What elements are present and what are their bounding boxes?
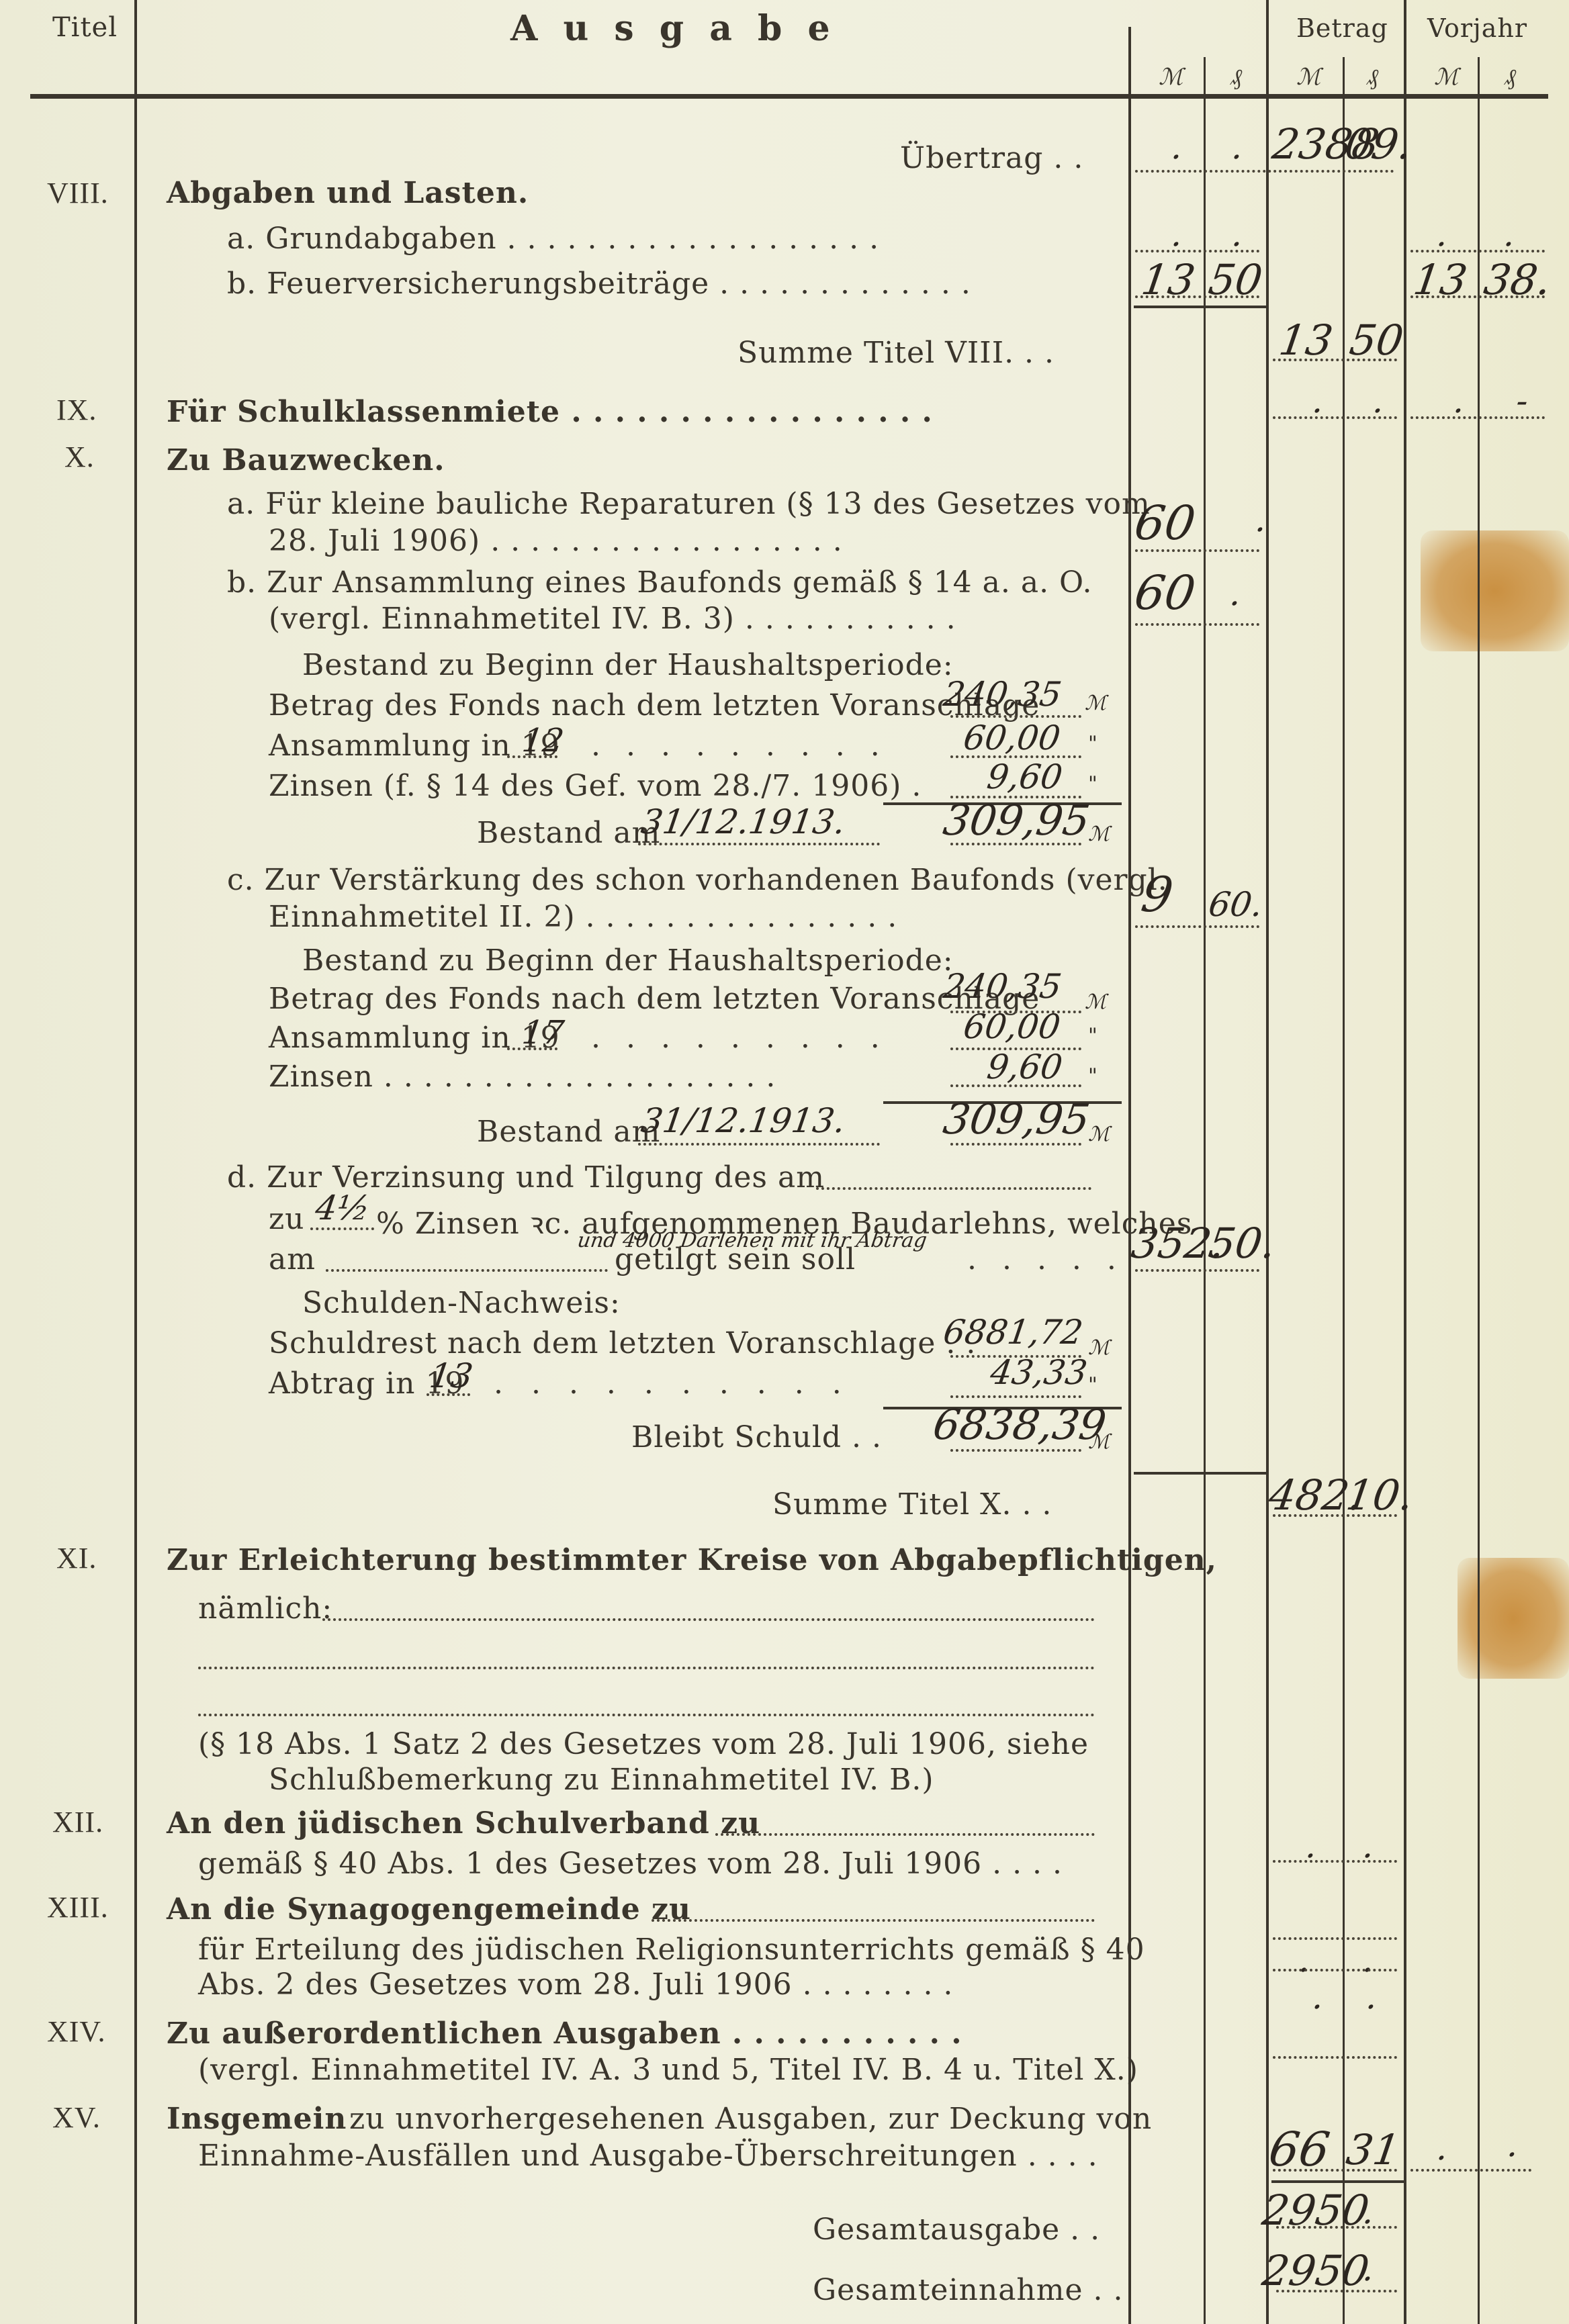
total-einnahme-mark: 2950 [1259,2246,1372,2295]
dots [638,843,880,845]
x-c-fonds-label: Betrag des Fonds nach dem letzten Vorans… [269,982,1040,1016]
unit-mark-sub: ℳ [1159,64,1183,91]
dots [198,1667,1095,1669]
rule-betrag-mark-pf [1343,57,1345,2324]
dots [326,1269,608,1272]
title-numeral-xi: XI. [56,1541,97,1575]
title-numeral-xii: XII. [52,1805,103,1839]
dots [950,1395,1081,1398]
x-b-zinsen-label: Zinsen (f. § 14 des Gef. vom 28./7. 1906… [269,769,922,803]
unit-pf-sub: ₰ [1230,64,1242,91]
dots [1273,1969,1397,1971]
section-x-b-line1: b. Zur Ansammlung eines Baufonds gemäß §… [227,565,1093,600]
rule-sub-mark-pf [1204,57,1206,2324]
dots [1135,549,1259,552]
section-xii-title: An den jüdischen Schulverband zu [167,1806,760,1841]
section-x-sum-label: Summe Titel X. . . [772,1487,1052,1522]
subtotal-rule [1134,306,1266,308]
x-c-bestand-am-date: 31/12.1913. [639,1101,848,1140]
xv-betrag-pf: 31 [1343,2125,1403,2174]
mark-unit: ℳ [1088,823,1110,846]
x-sum-pf: 10. [1343,1471,1417,1520]
section-xiii-line2: für Erteilung des jüdischen Religionsunt… [198,1933,1145,1967]
section-viii-title: Abgaben und Lasten. [167,176,529,210]
dots [1135,250,1259,252]
x-c-zinsen-value: 9,60 [985,1048,1065,1086]
section-xv-line2: Einnahme-Ausfällen und Ausgabe-Überschre… [198,2139,1098,2173]
ix-vorjahr-mark: . [1451,381,1468,420]
viii-sum-pf: 50 [1347,316,1406,365]
x-b-bestand-am-date: 31/12.1913. [639,802,848,841]
total-einnahme-label: Gesamteinnahme . . [813,2273,1123,2307]
xv-vorjahr-pf: . [1505,2125,1521,2164]
section-x-c-line2: Einnahmetitel II. 2) . . . . . . . . . .… [269,900,897,934]
x-d-schulden-heading: Schulden-Nachweis: [302,1286,621,1320]
viii-a-vorjahr-mark: . [1435,215,1451,254]
xv-vorjahr-mark: . [1435,2129,1451,2168]
document-page: Titel A u s g a b e Betrag Vorjahr ℳ ₰ ℳ… [0,0,1569,2324]
ditto-mark: " [1088,772,1097,796]
xiv-betrag-mark: . [1310,1978,1327,2016]
x-b-mark: 60 [1131,565,1199,620]
dots [816,1187,1091,1190]
section-x-d-line3-a: am [269,1242,316,1276]
dots [1273,2056,1397,2059]
rule-vorjahr-mark-pf [1478,57,1480,2324]
rule-titel-right [134,0,137,2324]
rule-ausgabe-right [1128,27,1131,2324]
x-c-bestand-am-label: Bestand am [477,1115,660,1149]
section-viii-a: a. Grundabgaben . . . . . . . . . . . . … [227,222,879,256]
dots [1410,2169,1531,2172]
dots [1135,170,1394,173]
section-x-c-line1: c. Zur Verstärkung des schon vorhandenen… [227,863,1168,897]
dots [950,715,1081,718]
section-x-d-line2-a: zu [269,1202,305,1236]
x-c-bestand-heading: Bestand zu Beginn der Haushaltsperiode: [302,943,954,978]
dots [1273,1514,1397,1517]
x-a-mark: 60 [1131,496,1199,551]
x-b-ansammlung-value: 60,00 [961,718,1063,757]
mark-unit: ℳ [1085,692,1106,715]
title-numeral-xiii: XIII. [47,1890,109,1924]
title-numeral-xv: XV. [52,2100,101,2135]
title-numeral-ix: IX. [56,393,97,427]
column-header-ausgabe: A u s g a b e [510,8,837,49]
section-xiv-line2: (vergl. Einnahmetitel IV. A. 3 und 5, Ti… [198,2053,1138,2087]
x-b-ansammlung-dots: . . . . . . . . . [591,729,888,763]
x-b-bestand-heading: Bestand zu Beginn der Haushaltsperiode: [302,648,954,682]
dots [427,1393,470,1396]
uebertrag-betrag-pf: 09. [1342,120,1415,169]
dots [950,1084,1081,1087]
dots [1410,295,1545,298]
xiii-betrag-pf: . [1361,1941,1377,1980]
dots [507,755,557,758]
dots [1273,1860,1397,1863]
viii-a-pf: . [1230,215,1246,254]
header-rule [30,94,1548,99]
column-header-titel: Titel [52,12,118,43]
dots [507,1048,557,1050]
x-d-abtrag-year: 13 [427,1356,476,1395]
total-ausgabe-label: Gesamtausgabe . . [813,2213,1100,2247]
rule-betrag-right [1404,0,1406,2324]
dots [950,1449,1081,1452]
section-viii-b: b. Feuerversicherungsbeiträge . . . . . … [227,267,971,301]
dots [1135,623,1259,626]
x-d-abtrag-dots: . . . . . . . . . . [494,1366,851,1401]
dots [1135,295,1259,298]
x-b-fonds-value: 240,35 [941,675,1064,714]
x-d-rate: 4½ [313,1189,372,1227]
unit-pf-betrag: ₰ [1367,64,1378,91]
section-xiii-title: An die Synagogengemeinde zu [167,1892,691,1926]
section-x-d-line1: d. Zur Verzinsung und Tilgung des am [227,1160,825,1195]
viii-a-mark: . [1169,215,1185,254]
stain-lower [1458,1558,1569,1679]
section-xi-naemlich: nämlich: [198,1591,332,1626]
section-x-d-line3-c: . . . . . [967,1242,1124,1276]
viii-sum-mark: 13 [1276,316,1336,365]
viii-a-vorjahr-pf: . [1502,215,1518,254]
ditto-mark: " [1088,1064,1097,1088]
dots [1273,359,1397,361]
section-ix-title: Für Schulklassenmiete . . . . . . . . . … [167,395,933,429]
stain-upper [1421,530,1569,651]
unit-pf-vorjahr: ₰ [1505,64,1516,91]
x-d-schuldrest-value: 6881,72 [941,1313,1085,1352]
x-b-bestand-am-label: Bestand am [477,816,660,850]
section-viii-sum-label: Summe Titel VIII. . . [737,336,1055,370]
total-rule [1271,2180,1404,2183]
section-x-a-line2: 28. Juli 1906) . . . . . . . . . . . . .… [269,524,843,558]
x-c-fonds-value: 240,35 [941,967,1064,1006]
x-b-zinsen-value: 9,60 [985,757,1065,796]
section-xv-title-rest: zu unvorhergesehenen Ausgaben, zur Decku… [349,2102,1152,2136]
uebertrag-sub-pf: . [1230,128,1246,167]
x-c-bestand-am-value: 309,95 [940,1095,1093,1144]
unit-mark-vorjahr: ℳ [1434,64,1458,91]
x-d-abtrag-value: 43,33 [988,1353,1089,1392]
ix-betrag-pf: . [1371,381,1387,420]
section-xii-line2: gemäß § 40 Abs. 1 des Gesetzes vom 28. J… [198,1847,1063,1881]
dots [1273,2169,1397,2172]
mark-unit: ℳ [1088,1123,1110,1146]
mark-unit: ℳ [1085,990,1106,1014]
x-c-ansammlung-dots: . . . . . . . . . [591,1021,888,1055]
title-numeral-xiv: XIV. [47,2014,106,2049]
x-b-fonds-label: Betrag des Fonds nach dem letzten Vorans… [269,688,1040,723]
dots [1273,1937,1397,1940]
dots [950,1143,1081,1146]
x-d-bleibt-value: 6838,39 [930,1400,1110,1449]
dots [638,1143,880,1146]
xiv-betrag-pf: . [1364,1978,1380,2016]
section-x-title: Zu Bauzwecken. [167,443,445,477]
section-xi-title: Zur Erleichterung bestimmter Kreise von … [167,1543,1217,1577]
x-d-bleibt-label: Bleibt Schuld . . [631,1420,882,1454]
x-c-ansammlung-value: 60,00 [961,1007,1063,1046]
section-x-b-line2: (vergl. Einnahmetitel IV. B. 3) . . . . … [269,602,956,636]
uebertrag-label: Übertrag . . [900,141,1083,175]
section-xiv-title: Zu außerordentlichen Ausgaben . . . . . … [167,2016,962,2051]
mark-unit: ℳ [1088,1336,1110,1360]
dots [1273,416,1397,419]
dots [1410,250,1545,252]
rule-sub-right [1266,0,1269,2324]
x-b-pf: . [1228,574,1244,613]
section-xi-note-line2: Schlußbemerkung zu Einnahmetitel IV. B.) [269,1763,934,1797]
dots [715,1833,1095,1836]
section-xv-title-bold: Insgemein [167,2102,347,2136]
ditto-mark: " [1088,1024,1097,1048]
title-numeral-viii: VIII. [47,176,109,210]
dots [1276,2226,1397,2229]
dots [1135,1269,1259,1272]
x-c-zinsen-label: Zinsen . . . . . . . . . . . . . . . . .… [269,1060,776,1094]
section-x-d-line3-b: getilgt sein soll [615,1242,856,1276]
unit-mark-betrag: ℳ [1296,64,1320,91]
section-xi-note-line1: (§ 18 Abs. 1 Satz 2 des Gesetzes vom 28.… [198,1727,1089,1761]
dots [950,843,1081,845]
title-numeral-x: X. [64,440,95,474]
x-d-schuldrest-label: Schuldrest nach dem letzten Voranschlage… [269,1326,976,1360]
x-c-pf: 60. [1206,885,1265,924]
dots [1276,2290,1397,2292]
ditto-mark: " [1088,1373,1097,1397]
uebertrag-sub-mark: . [1169,128,1185,167]
ditto-mark: " [1088,732,1097,755]
xiii-betrag-mark: . [1297,1941,1313,1980]
dots [652,1919,1095,1922]
dots [310,1227,374,1230]
ix-betrag-mark: . [1310,381,1327,420]
dots [1135,925,1259,928]
x-b-bestand-am-value: 309,95 [940,796,1093,845]
section-x-a-line1: a. Für kleine bauliche Reparaturen (§ 13… [227,487,1151,521]
column-header-vorjahr: Vorjahr [1427,13,1527,43]
section-xiii-line3: Abs. 2 des Gesetzes vom 28. Juli 1906 . … [198,1967,953,2002]
dots [198,1714,1095,1716]
mark-unit: ℳ [1088,1430,1110,1454]
ix-vorjahr-pf: - [1514,381,1531,420]
dots [1410,416,1545,419]
subtotal-rule [1134,1472,1266,1475]
x-d-pf: 50. [1206,1219,1279,1268]
column-header-betrag: Betrag [1296,13,1388,43]
x-b-ansammlung-year: 12 [520,722,566,759]
x-c-ansammlung-year: 17 [520,1014,566,1052]
dots [322,1618,1095,1621]
